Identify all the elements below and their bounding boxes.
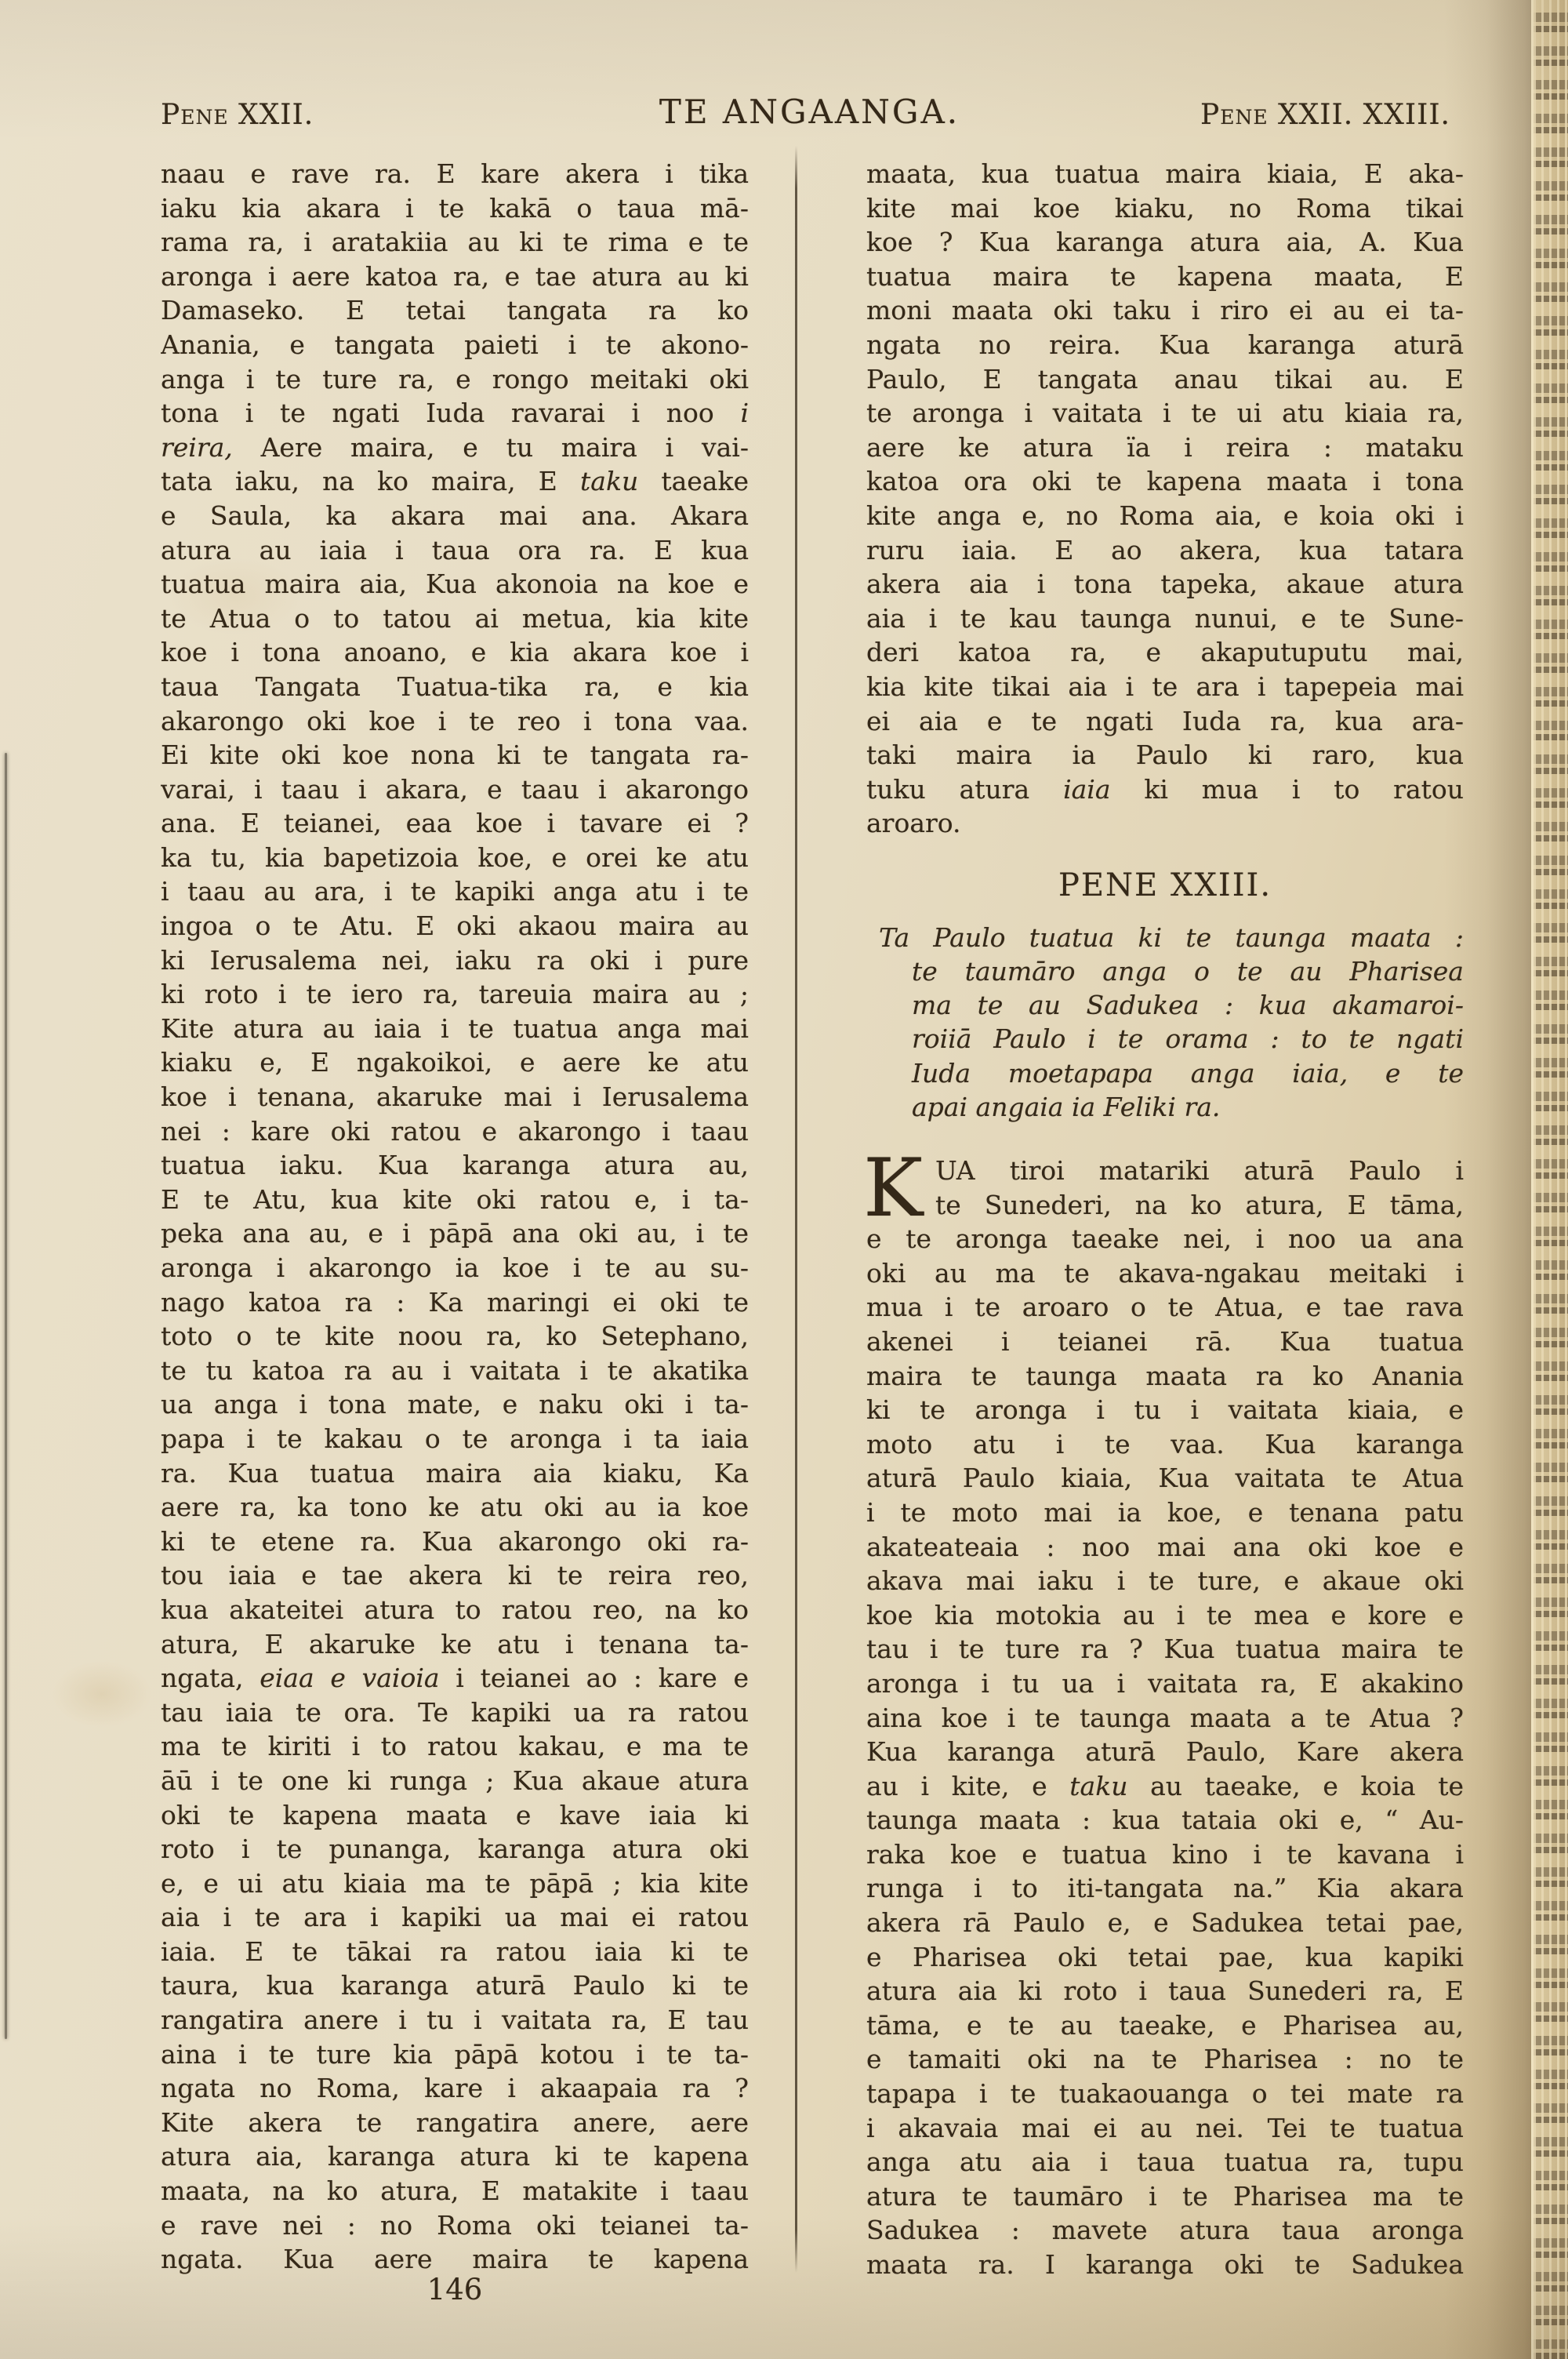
- text-line: atura au iaia i taua ora ra. E kua14: [161, 533, 749, 568]
- text-line: aere ra, ka tono ke atu oki au ia koe: [161, 1490, 749, 1525]
- text-line: tata iaku, na ko maira, E taku taeake: [161, 464, 749, 499]
- text-line: mua i te aroaro o te Atua, e tae rava: [866, 1290, 1464, 1325]
- text-line: maata ra. I karanga oki te Sadukea8: [866, 2248, 1464, 2282]
- text-line: UA tiroi matariki aturā Paulo i1: [866, 1154, 1464, 1188]
- text-line: tuatua maira aia, Kua akonoia na koe e: [161, 567, 749, 602]
- text-line: tuatua maira te kapena maata, E: [866, 260, 1464, 294]
- text-line: ei aia e te ngati Iuda ra, kua ara-: [866, 704, 1464, 739]
- text-line: moto atu i te vaa. Kua karanga3: [866, 1427, 1464, 1462]
- text-line: rangatira anere i tu i vaitata ra, E tau: [161, 2003, 749, 2037]
- text-line: ngata no Roma, kare i akaapaia ra ?: [161, 2071, 749, 2106]
- text-line: akateateaia : noo mai ana oki koe e: [866, 1530, 1464, 1565]
- text-line: aronga i tu ua i vaitata ra, E akakino: [866, 1667, 1464, 1701]
- text-line: ki te aronga i tu i vaitata kiaia, e: [866, 1393, 1464, 1427]
- text-line: ra. Kua tuatua maira aia kiaku, Ka21: [161, 1456, 749, 1491]
- running-head-right: Pene XXII. XXIII.: [1200, 99, 1450, 131]
- text-line: koe kia motokia au i te mea e kore e: [866, 1598, 1464, 1633]
- text-line: tuku atura iaia ki mua i to ratou: [866, 772, 1464, 807]
- text-line: maata, na ko atura, E matakite i taau: [161, 2174, 749, 2208]
- text-line: peka ana au, e i pāpā ana oki au, i te: [161, 1216, 749, 1251]
- text-line: e te aronga taeake nei, i noo ua ana: [866, 1222, 1464, 1256]
- text-line: au i kite, e taku au taeake, e koia te: [866, 1769, 1464, 1804]
- text-line: akera aia i tona tapeka, akaue atura: [866, 567, 1464, 602]
- text-line: koe i tenana, akaruke mai i Ierusalema: [161, 1080, 749, 1114]
- text-line: papa i te kakau o te aronga i ta iaia: [161, 1422, 749, 1456]
- text-line: ua anga i tona mate, e naku oki i ta-: [161, 1387, 749, 1422]
- text-line: taua Tangata Tuatua-tika ra, e kia: [161, 670, 749, 704]
- text-line: rama ra, i aratakiia au ki te rima e te: [161, 225, 749, 260]
- text-line: nei : kare oki ratou e akarongo i taau: [161, 1114, 749, 1149]
- text-line: Anania, e tangata paieti i te akono-: [161, 328, 749, 362]
- text-line: oki te kapena maata e kave iaia ki: [161, 1798, 749, 1833]
- page-header: Pene XXII. TE ANGAANGA. Pene XXII. XXIII…: [161, 93, 1458, 143]
- text-line: naau e rave ra. E kare akera i tika11: [161, 157, 749, 191]
- text-line: tapapa i te tuakaouanga o tei mate ra: [866, 2077, 1464, 2111]
- text-line: aina koe i te taunga maata a te Atua ?: [866, 1701, 1464, 1736]
- text-line: deri katoa ra, e akaputuputu mai,: [866, 635, 1464, 670]
- text-line: ana. E teianei, eaa koe i tavare ei ?16: [161, 806, 749, 841]
- text-line: e Saula, ka akara mai ana. Akara: [161, 499, 749, 533]
- text-line: Kite akera te rangatira anere, aere26: [161, 2106, 749, 2140]
- text-line: taki maira ia Paulo ki raro, kua: [866, 738, 1464, 772]
- text-line: maira te taunga maata ra ko Anania: [866, 1359, 1464, 1394]
- text-line: aturā Paulo kiaia, Kua vaitata te Atua: [866, 1461, 1464, 1496]
- text-line: kua akateitei atura to ratou reo, na ko: [161, 1593, 749, 1627]
- text-line: i akavaia mai ei au nei. Tei te tuatua7: [866, 2111, 1464, 2146]
- text-line: tona i te ngati Iuda ravarai i noo i: [161, 396, 749, 431]
- text-line: ngata, eiaa e vaioia i teianei ao : kare…: [161, 1661, 749, 1696]
- text-line: toto o te kite noou ra, ko Setephano,: [161, 1319, 749, 1354]
- text-line: atura te taumāro i te Pharisea ma te: [866, 2179, 1464, 2214]
- adjacent-page-edge: [1531, 0, 1568, 2359]
- text-line: Ei kite oki koe nona ki te tangata ra-15: [161, 738, 749, 772]
- text-line: katoa ora oki te kapena maata i tona: [866, 464, 1464, 499]
- text-line: nago katoa ra : Ka maringi ei oki te20: [161, 1285, 749, 1320]
- text-line: akava mai iaku i te ture, e akaue oki: [866, 1564, 1464, 1598]
- text-line: iaku kia akara i te kakā o taua mā-: [161, 191, 749, 226]
- text-line: maata, kua tuatua maira kiaia, E aka-: [866, 157, 1464, 191]
- text-line: aronga i aere katoa ra, e tae atura au k…: [161, 260, 749, 294]
- text-line: taura, kua karanga aturā Paulo ki te: [161, 1968, 749, 2003]
- text-line: koe i tona anoano, e kia akara koe i: [161, 635, 749, 670]
- text-line: i taau au ara, i te kapiki anga atu i te: [161, 874, 749, 909]
- text-line: aia i te kau taunga nunui, e te Sune-: [866, 602, 1464, 636]
- text-line: e Pharisea oki tetai pae, kua kapiki: [866, 1940, 1464, 1975]
- right-column-text: maata, kua tuatua maira kiaia, E aka-kit…: [866, 157, 1464, 841]
- text-line: e, e ui atu kiaia ma te pāpā ; kia kite: [161, 1866, 749, 1901]
- text-line: ki roto i te iero ra, tareuia maira au ;: [161, 977, 749, 1012]
- text-line: atura aia ki roto i taua Sunederi ra, E: [866, 1974, 1464, 2008]
- text-line: aere ke atura ïa i reira : mataku: [866, 431, 1464, 465]
- text-line: kiaku e, E ngakoikoi, e aere ke atu: [161, 1045, 749, 1080]
- column-divider-rule: [795, 146, 797, 2273]
- text-line: runga i to iti-tangata na.” Kia akara6: [866, 1871, 1464, 1906]
- text-line: tou iaia e tae akera ki te reira reo,: [161, 1558, 749, 1593]
- chapter-heading: PENE XXIII.: [866, 861, 1464, 910]
- text-line: aia i te ara i kapiki ua mai ei ratou: [161, 1900, 749, 1935]
- text-line: anga i te ture ra, e rongo meitaki oki: [161, 362, 749, 397]
- text-line: koe ? Kua karanga atura aia, A. Kua28: [866, 225, 1464, 260]
- text-line: raka koe e tuatua kino i te kavana i: [866, 1837, 1464, 1872]
- text-line: aroaro.: [866, 806, 1464, 841]
- text-line: oki au ma te akava-ngakau meitaki i: [866, 1256, 1464, 1291]
- text-line: ki Ierusalema nei, iaku ra oki i pure: [161, 943, 749, 978]
- text-line: e tamaiti oki na te Pharisea : no te: [866, 2042, 1464, 2077]
- text-line: roto i te punanga, karanga atura oki: [161, 1832, 749, 1866]
- text-line: te Sunederi, na ko atura, E tāma,: [866, 1188, 1464, 1223]
- summary-line: te taumāro anga o te au Pharisea: [866, 954, 1464, 988]
- left-column: naau e rave ra. E kare akera i tika11iak…: [161, 157, 749, 2277]
- text-line: taunga maata : kua tataia oki e, “ Au-: [866, 1803, 1464, 1837]
- text-line: iaia. E te tākai ra ratou iaia ki te25: [161, 1935, 749, 1969]
- verse-block: K UA tiroi matariki aturā Paulo i1te Sun…: [866, 1154, 1464, 2282]
- text-line: reira, Aere maira, e tu maira i vai-13: [161, 431, 749, 465]
- text-line: te tu katoa ra au i vaitata i te akatika: [161, 1354, 749, 1388]
- text-line: tau iaia te ora. Te kapiki ua ra ratou23: [161, 1696, 749, 1730]
- text-line: varai, i taau i akara, e taau i akarongo: [161, 772, 749, 807]
- text-line: te Atua o to tatou ai metua, kia kite: [161, 602, 749, 636]
- text-line: aina i te ture kia pāpā kotou i te ta-: [161, 2037, 749, 2072]
- text-line: akera rā Paulo e, e Sadukea tetai pae,: [866, 1906, 1464, 1940]
- text-line: kite mai koe kiaku, no Roma tikai: [866, 191, 1464, 226]
- text-line: kite anga e, no Roma aia, e koia oki i: [866, 499, 1464, 533]
- text-line: moni maata oki taku i riro ei au ei ta-: [866, 293, 1464, 328]
- text-line: te aronga i vaitata i te ui atu kiaia ra…: [866, 396, 1464, 431]
- text-line: Sadukea : mavete atura taua aronga: [866, 2213, 1464, 2248]
- text-line: ka tu, kia bapetizoia koe, e orei ke atu: [161, 841, 749, 875]
- text-line: ma te kiriti i to ratou kakau, e ma te: [161, 1729, 749, 1764]
- text-line: Kite atura au iaia i te tuatua anga mai1…: [161, 1012, 749, 1046]
- text-line: Paulo, E tangata anau tikai au. E29: [866, 362, 1464, 397]
- text-line: āū i te one ki runga ; Kua akaue atura24: [161, 1764, 749, 1798]
- text-line: ingoa o te Atu. E oki akaou maira au17: [161, 909, 749, 943]
- text-line: tāma, e te au taeake, e Pharisea au,: [866, 2008, 1464, 2043]
- text-line: Kua karanga aturā Paulo, Kare akera5: [866, 1735, 1464, 1769]
- text-line: ngata no reira. Kua karanga aturā: [866, 328, 1464, 362]
- text-line: atura aia, karanga atura ki te kapena: [161, 2139, 749, 2174]
- text-line: E te Atu, kua kite oki ratou e, i ta-: [161, 1183, 749, 1217]
- text-line: anga atu aia i taua tuatua ra, tupu: [866, 2145, 1464, 2179]
- text-line: akarongo oki koe i te reo i tona vaa.: [161, 704, 749, 739]
- text-line: tau i te ture ra ? Kua tuatua maira te4: [866, 1632, 1464, 1667]
- right-column: maata, kua tuatua maira kiaia, E aka-kit…: [866, 157, 1464, 2282]
- chapter-summary: Ta Paulo tuatua ki te taunga maata :te t…: [866, 921, 1464, 1124]
- summary-line: Ta Paulo tuatua ki te taunga maata :: [866, 921, 1464, 954]
- text-line: atura, E akaruke ke atu i tenana ta-: [161, 1627, 749, 1662]
- text-line: ngata. Kua aere maira te kapena27: [161, 2242, 749, 2277]
- text-line: ruru iaia. E ao akera, kua tatara30: [866, 533, 1464, 568]
- summary-line: ma te au Sadukea : kua akamaroi-: [866, 988, 1464, 1022]
- text-line: aronga i akarongo ia koe i te au su-: [161, 1251, 749, 1285]
- text-line: Damaseko. E tetai tangata ra ko12: [161, 293, 749, 328]
- text-line: akenei i teianei rā. Kua tuatua2: [866, 1325, 1464, 1359]
- text-line: e rave nei : no Roma oki teianei ta-: [161, 2208, 749, 2243]
- text-line: i te moto mai ia koe, e tenana patu: [866, 1496, 1464, 1530]
- book-page: Pene XXII. TE ANGAANGA. Pene XXII. XXIII…: [0, 0, 1568, 2359]
- summary-line: apai angaia ia Feliki ra.: [866, 1090, 1464, 1124]
- summary-line: Iuda moetapapa anga iaia, e te: [866, 1056, 1464, 1090]
- left-page-edge: [5, 753, 7, 2039]
- page-number: 146: [161, 2273, 749, 2306]
- summary-line: roiiā Paulo i te orama : to te ngati: [866, 1022, 1464, 1056]
- text-line: tuatua iaku. Kua karanga atura au,19: [161, 1148, 749, 1183]
- text-line: ki te etene ra. Kua akarongo oki ra-22: [161, 1525, 749, 1559]
- text-line: kia kite tikai aia i te ara i tapepeia m…: [866, 670, 1464, 704]
